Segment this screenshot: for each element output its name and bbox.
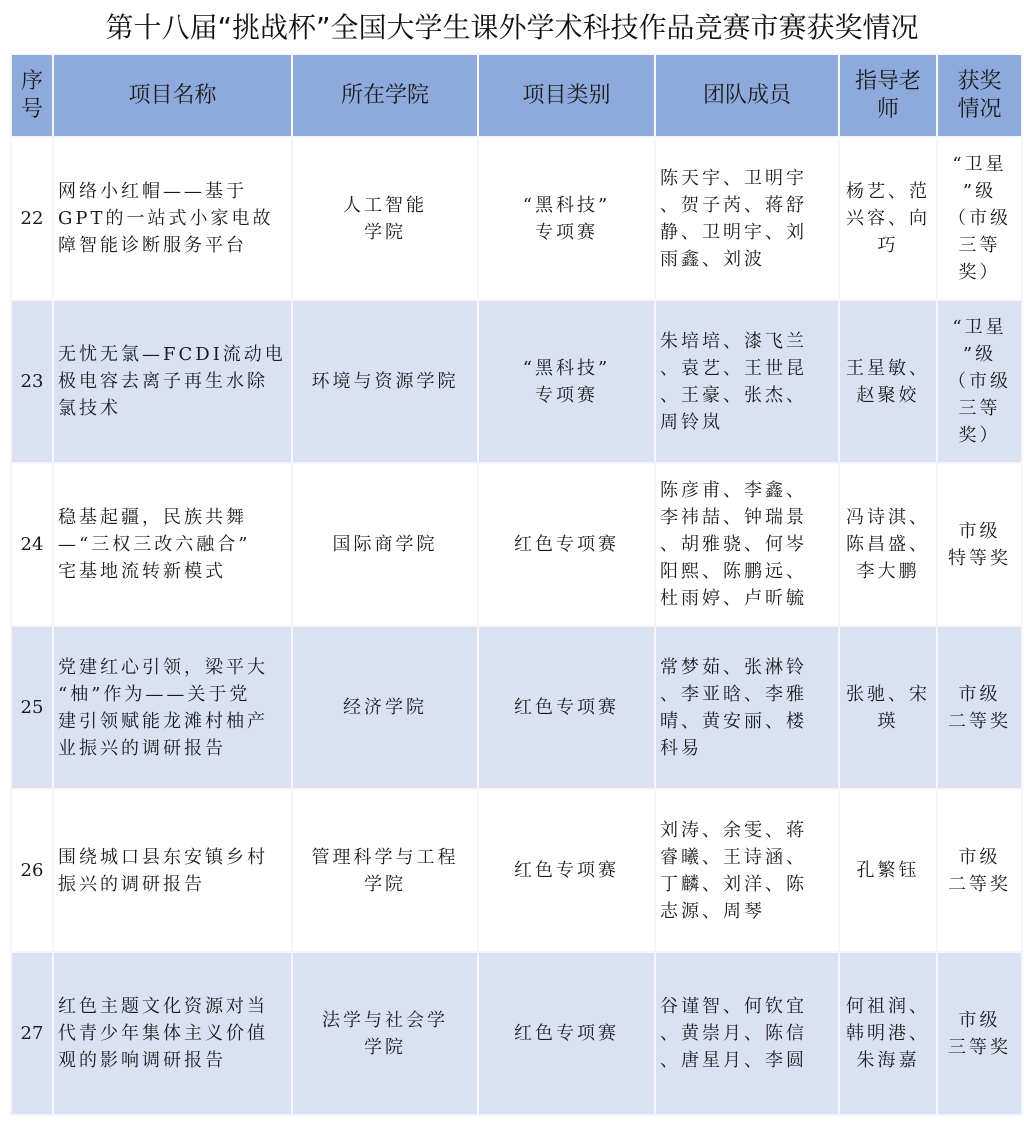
- awards-table: 序 号 项目名称 所在学院 项目类别 团队成员 指导老 师 获奖 情况 22 网…: [10, 53, 1023, 1116]
- header-award: 获奖 情况: [937, 54, 1022, 137]
- member-list: 刘涛、余雯、蒋 睿曦、王诗涵、 丁麟、刘洋、陈 志源、周琴: [660, 817, 834, 925]
- cell-category: 红色专项赛: [478, 626, 655, 789]
- cell-college: 国际商学院: [292, 463, 478, 626]
- table-row: 22 网络小红帽——基于 GPT的一站式小家电故 障智能诊断服务平台 人工智能 …: [11, 137, 1022, 300]
- table-row: 25 党建红心引领，梁平大 “柚”作为——关于党 建引领赋能龙滩村柚产 业振兴的…: [11, 626, 1022, 789]
- cell-award: “卫星 ”级 （市级 三等 奖）: [937, 137, 1022, 300]
- cell-index: 27: [11, 952, 53, 1115]
- cell-members: 谷谨智、何钦宜 、黄崇月、陈信 、唐星月、李圆: [655, 952, 839, 1115]
- cell-index: 22: [11, 137, 53, 300]
- cell-project: 无忧无氯—FCDI流动电 极电容去离子再生水除 氯技术: [53, 300, 292, 463]
- header-college-label: 所在学院: [297, 82, 473, 110]
- header-category: 项目类别: [478, 54, 655, 137]
- cell-award: “卫星 ”级 （市级 三等 奖）: [937, 300, 1022, 463]
- advisor-list: 杨艺、范 兴容、向 巧: [844, 178, 932, 259]
- advisor-list: 孔繁钰: [844, 857, 932, 884]
- cell-members: 常梦茹、张淋铃 、李亚晗、李雅 晴、黄安丽、楼 科易: [655, 626, 839, 789]
- cell-project: 红色主题文化资源对当 代青少年集体主义价值 观的影响调研报告: [53, 952, 292, 1115]
- cell-advisor: 何祖润、 韩明港、 朱海嘉: [839, 952, 937, 1115]
- cell-members: 刘涛、余雯、蒋 睿曦、王诗涵、 丁麟、刘洋、陈 志源、周琴: [655, 789, 839, 952]
- cell-category: 红色专项赛: [478, 463, 655, 626]
- cell-index: 23: [11, 300, 53, 463]
- college-name: 法学与社会学 学院: [297, 1007, 473, 1061]
- category-name: 红色专项赛: [483, 694, 650, 721]
- cell-project: 围绕城口县东安镇乡村 振兴的调研报告: [53, 789, 292, 952]
- cell-category: “黑科技” 专项赛: [478, 137, 655, 300]
- cell-project: 稳基起疆，民族共舞 —“三权三改六融合” 宅基地流转新模式: [53, 463, 292, 626]
- project-name: 红色主题文化资源对当 代青少年集体主义价值 观的影响调研报告: [58, 993, 287, 1074]
- header-advisor: 指导老 师: [839, 54, 937, 137]
- cell-category: 红色专项赛: [478, 789, 655, 952]
- member-list: 常梦茹、张淋铃 、李亚晗、李雅 晴、黄安丽、楼 科易: [660, 654, 834, 762]
- member-list: 陈天宇、卫明宇 、贺子芮、蒋舒 静、卫明宇、刘 雨鑫、刘波: [660, 165, 834, 273]
- college-name: 管理科学与工程 学院: [297, 844, 473, 898]
- header-category-label: 项目类别: [483, 82, 650, 110]
- header-index: 序 号: [11, 54, 53, 137]
- cell-award: 市级 特等奖: [937, 463, 1022, 626]
- advisor-list: 冯诗淇、 陈昌盛、 李大鹏: [844, 504, 932, 585]
- college-name: 国际商学院: [297, 531, 473, 558]
- award-level: “卫星 ”级 （市级 三等 奖）: [940, 314, 1019, 449]
- category-name: “黑科技” 专项赛: [483, 355, 650, 409]
- table-row: 26 围绕城口县东安镇乡村 振兴的调研报告 管理科学与工程 学院 红色专项赛 刘…: [11, 789, 1022, 952]
- cell-college: 管理科学与工程 学院: [292, 789, 478, 952]
- category-name: “黑科技” 专项赛: [483, 192, 650, 246]
- header-members-label: 团队成员: [660, 82, 834, 110]
- cell-award: 市级 二等奖: [937, 626, 1022, 789]
- award-level: 市级 特等奖: [940, 518, 1019, 572]
- member-list: 谷谨智、何钦宜 、黄崇月、陈信 、唐星月、李圆: [660, 993, 834, 1074]
- award-level: 市级 三等奖: [940, 1007, 1019, 1061]
- table-row: 23 无忧无氯—FCDI流动电 极电容去离子再生水除 氯技术 环境与资源学院 “…: [11, 300, 1022, 463]
- header-project-label: 项目名称: [58, 82, 287, 110]
- project-name: 围绕城口县东安镇乡村 振兴的调研报告: [58, 844, 287, 898]
- cell-award: 市级 三等奖: [937, 952, 1022, 1115]
- cell-members: 陈彦甫、李鑫、 李祎喆、钟瑞景 、胡雅骁、何岑 阳熙、陈鹏远、 杜雨婷、卢昕毓: [655, 463, 839, 626]
- advisor-list: 张驰、宋 瑛: [844, 681, 932, 735]
- project-name: 党建红心引领，梁平大 “柚”作为——关于党 建引领赋能龙滩村柚产 业振兴的调研报…: [58, 654, 287, 762]
- category-name: 红色专项赛: [483, 1020, 650, 1047]
- cell-project: 网络小红帽——基于 GPT的一站式小家电故 障智能诊断服务平台: [53, 137, 292, 300]
- member-list: 陈彦甫、李鑫、 李祎喆、钟瑞景 、胡雅骁、何岑 阳熙、陈鹏远、 杜雨婷、卢昕毓: [660, 477, 834, 612]
- cell-advisor: 杨艺、范 兴容、向 巧: [839, 137, 937, 300]
- cell-college: 人工智能 学院: [292, 137, 478, 300]
- cell-members: 陈天宇、卫明宇 、贺子芮、蒋舒 静、卫明宇、刘 雨鑫、刘波: [655, 137, 839, 300]
- header-index-label: 序 号: [16, 68, 48, 124]
- cell-members: 朱培培、漆飞兰 、袁艺、王世昆 、王豪、张杰、 周铃岚: [655, 300, 839, 463]
- project-name: 稳基起疆，民族共舞 —“三权三改六融合” 宅基地流转新模式: [58, 504, 287, 585]
- award-level: 市级 二等奖: [940, 844, 1019, 898]
- header-advisor-label: 指导老 师: [844, 68, 932, 124]
- cell-college: 环境与资源学院: [292, 300, 478, 463]
- cell-advisor: 冯诗淇、 陈昌盛、 李大鹏: [839, 463, 937, 626]
- table-header-row: 序 号 项目名称 所在学院 项目类别 团队成员 指导老 师 获奖 情况: [11, 54, 1022, 137]
- cell-category: 红色专项赛: [478, 952, 655, 1115]
- advisor-list: 王星敏、 赵聚姣: [844, 355, 932, 409]
- member-list: 朱培培、漆飞兰 、袁艺、王世昆 、王豪、张杰、 周铃岚: [660, 328, 834, 436]
- award-level: 市级 二等奖: [940, 681, 1019, 735]
- cell-award: 市级 二等奖: [937, 789, 1022, 952]
- college-name: 经济学院: [297, 694, 473, 721]
- project-name: 无忧无氯—FCDI流动电 极电容去离子再生水除 氯技术: [58, 341, 287, 422]
- project-name: 网络小红帽——基于 GPT的一站式小家电故 障智能诊断服务平台: [58, 178, 287, 259]
- cell-advisor: 张驰、宋 瑛: [839, 626, 937, 789]
- cell-advisor: 王星敏、 赵聚姣: [839, 300, 937, 463]
- college-name: 环境与资源学院: [297, 368, 473, 395]
- header-award-label: 获奖 情况: [942, 68, 1017, 124]
- cell-index: 25: [11, 626, 53, 789]
- cell-category: “黑科技” 专项赛: [478, 300, 655, 463]
- cell-advisor: 孔繁钰: [839, 789, 937, 952]
- table-row: 24 稳基起疆，民族共舞 —“三权三改六融合” 宅基地流转新模式 国际商学院 红…: [11, 463, 1022, 626]
- cell-college: 法学与社会学 学院: [292, 952, 478, 1115]
- table-row: 27 红色主题文化资源对当 代青少年集体主义价值 观的影响调研报告 法学与社会学…: [11, 952, 1022, 1115]
- cell-project: 党建红心引领，梁平大 “柚”作为——关于党 建引领赋能龙滩村柚产 业振兴的调研报…: [53, 626, 292, 789]
- college-name: 人工智能 学院: [297, 192, 473, 246]
- page-title: 第十八届“挑战杯”全国大学生课外学术科技作品竞赛市赛获奖情况: [0, 8, 1024, 48]
- category-name: 红色专项赛: [483, 531, 650, 558]
- cell-college: 经济学院: [292, 626, 478, 789]
- award-level: “卫星 ”级 （市级 三等 奖）: [940, 151, 1019, 286]
- advisor-list: 何祖润、 韩明港、 朱海嘉: [844, 993, 932, 1074]
- category-name: 红色专项赛: [483, 857, 650, 884]
- header-members: 团队成员: [655, 54, 839, 137]
- cell-index: 24: [11, 463, 53, 626]
- header-project: 项目名称: [53, 54, 292, 137]
- header-college: 所在学院: [292, 54, 478, 137]
- cell-index: 26: [11, 789, 53, 952]
